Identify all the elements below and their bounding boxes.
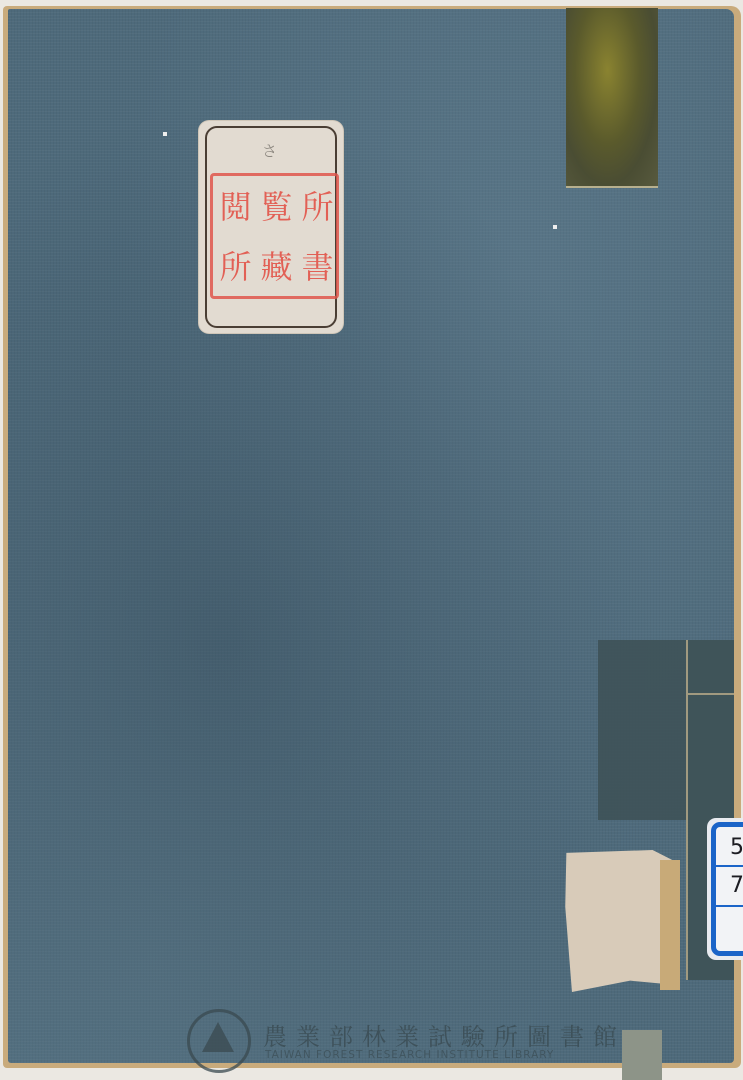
library-stamp: 農業部林業試驗所圖書館 TAIWAN FOREST RESEARCH INSTI… <box>185 1005 595 1070</box>
call-number-row-1: 5 <box>730 835 743 860</box>
institute-emblem-icon <box>187 1009 251 1073</box>
speck <box>553 225 557 229</box>
title-label: さ 閲 覧 所 所 藏 書 <box>199 121 343 333</box>
seal-char: 藏 <box>259 250 291 282</box>
exposed-board-edge <box>660 860 680 990</box>
call-number-frame: 5 7 <box>711 822 743 956</box>
call-number-row-2: 7 <box>730 873 743 898</box>
red-ownership-seal: 閲 覧 所 所 藏 書 <box>210 173 339 299</box>
repair-cloth-patch <box>598 640 690 820</box>
title-label-border: さ 閲 覧 所 所 藏 書 <box>205 126 337 328</box>
torn-cover-area <box>563 850 675 992</box>
seal-char: 書 <box>300 250 332 282</box>
frayed-corner <box>622 1030 662 1080</box>
call-number-divider <box>716 905 743 907</box>
adhesive-tape-patch <box>566 8 658 188</box>
seal-char: 覧 <box>259 190 291 222</box>
seal-char: 所 <box>218 250 250 282</box>
call-number-sticker: 5 7 <box>707 818 743 960</box>
seal-char: 所 <box>300 190 332 222</box>
library-name-english: TAIWAN FOREST RESEARCH INSTITUTE LIBRARY <box>265 1049 554 1061</box>
speck <box>163 132 167 136</box>
library-name-chinese: 農業部林業試驗所圖書館 <box>263 1017 626 1052</box>
repair-strip-seam <box>686 693 734 695</box>
handwritten-note: さ <box>262 140 277 161</box>
call-number-divider <box>716 865 743 867</box>
seal-char: 閲 <box>218 190 250 222</box>
